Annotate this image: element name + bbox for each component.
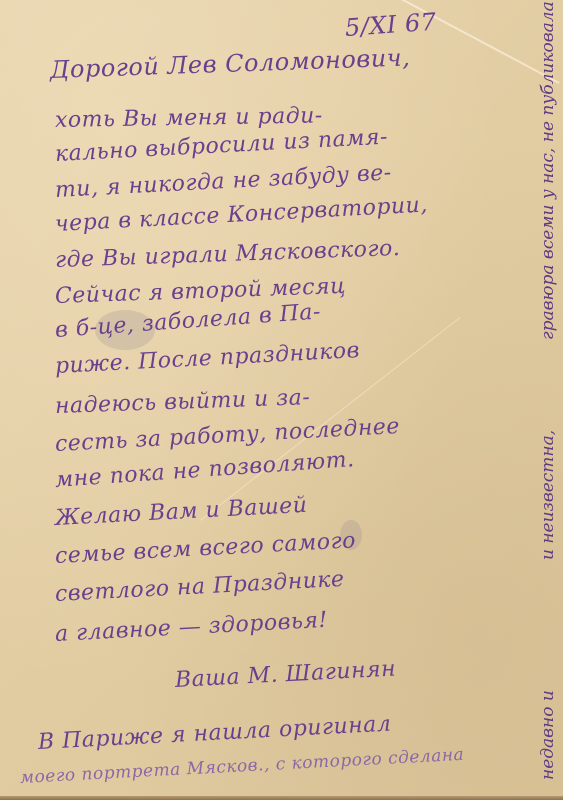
- card-bottom-edge: [0, 796, 563, 800]
- margin-note-vertical: гравюра всеми у нас, не публиковала: [538, 1, 558, 340]
- body-line: надеюсь выйти и за-: [55, 385, 311, 419]
- body-line: риже. После праздников: [54, 338, 360, 379]
- body-line: Желаю Вам и Вашей: [54, 493, 308, 531]
- salutation-line: Дорогой Лев Соломонович,: [50, 43, 411, 84]
- body-line: а главное — здоровья!: [54, 608, 328, 647]
- postscript-line: В Париже я нашла оригинал: [37, 712, 392, 755]
- signature: Ваша М. Шагинян: [174, 656, 396, 693]
- body-line: семье всем всего самого: [54, 528, 356, 569]
- body-line: хоть Вы меня и ради-: [55, 103, 323, 133]
- letter-date: 5/XI 67: [344, 8, 437, 42]
- margin-note-vertical: недавно и: [538, 690, 558, 780]
- margin-note-vertical: и неизвестна,: [538, 430, 558, 560]
- body-line: где Вы играли Мясковского.: [55, 236, 401, 273]
- body-line: светлого на Празднике: [54, 567, 345, 607]
- postcard: 5/XI 67 Дорогой Лев Соломонович, хоть Вы…: [0, 0, 563, 800]
